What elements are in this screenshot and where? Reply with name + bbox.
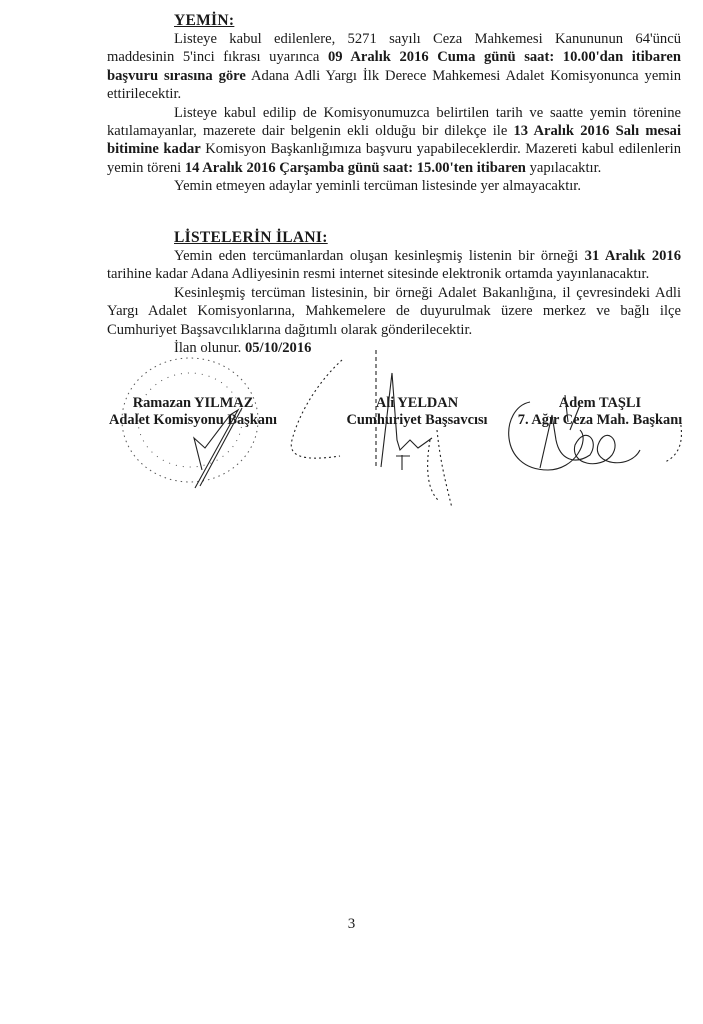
section-heading-listelerin-ilani: LİSTELERİN İLANI: xyxy=(107,229,681,247)
body-text: İlan olunur. xyxy=(174,340,245,356)
body-text: yapılacaktır. xyxy=(526,160,601,176)
signatory-title: 7. Ağır Ceza Mah. Başkanı xyxy=(505,412,695,429)
signatory-name: Ali YELDAN xyxy=(322,395,512,412)
emphasized-text: 05/10/2016 xyxy=(245,340,311,356)
paragraph: Kesinleşmiş tercüman listesinin, bir örn… xyxy=(107,284,681,339)
body-text: Kesinleşmiş tercüman listesinin, bir örn… xyxy=(107,285,681,338)
body-text: Yemin etmeyen adaylar yeminli tercüman l… xyxy=(174,178,581,194)
signature-block-commission-president: Ramazan YILMAZ Adalet Komisyonu Başkanı xyxy=(103,395,283,429)
signature-block-chief-prosecutor: Ali YELDAN Cumhuriyet Başsavcısı xyxy=(322,395,512,429)
section-yemin: YEMİN: Listeye kabul edilenlere, 5271 sa… xyxy=(107,12,681,196)
paragraph: Yemin etmeyen adaylar yeminli tercüman l… xyxy=(107,177,681,195)
paragraph: Yemin eden tercümanlardan oluşan kesinle… xyxy=(107,247,681,284)
handwritten-signature-icon xyxy=(291,350,452,508)
emphasized-text: 14 Aralık 2016 Çarşamba günü saat: 15.00… xyxy=(185,160,526,176)
signatory-title: Cumhuriyet Başsavcısı xyxy=(322,412,512,429)
signatory-name: Ramazan YILMAZ xyxy=(103,395,283,412)
signature-block-criminal-court-president: Adem TAŞLI 7. Ağır Ceza Mah. Başkanı xyxy=(505,395,695,429)
signatory-name: Adem TAŞLI xyxy=(505,395,695,412)
signatory-title: Adalet Komisyonu Başkanı xyxy=(103,412,283,429)
paragraph: Listeye kabul edilenlere, 5271 sayılı Ce… xyxy=(107,30,681,104)
document-page: YEMİN: Listeye kabul edilenlere, 5271 sa… xyxy=(0,0,703,1024)
body-text: Yemin eden tercümanlardan oluşan kesinle… xyxy=(174,248,585,264)
paragraph: Listeye kabul edilip de Komisyonumuzca b… xyxy=(107,104,681,178)
emphasized-text: 31 Aralık 2016 xyxy=(585,248,681,264)
page-number: 3 xyxy=(0,916,703,933)
body-text: tarihine kadar Adana Adliyesinin resmi i… xyxy=(107,266,649,282)
section-listelerin-ilani: LİSTELERİN İLANI: Yemin eden tercümanlar… xyxy=(107,229,681,357)
announcement-date-line: İlan olunur. 05/10/2016 xyxy=(107,339,681,357)
section-heading-yemin: YEMİN: xyxy=(107,12,681,30)
